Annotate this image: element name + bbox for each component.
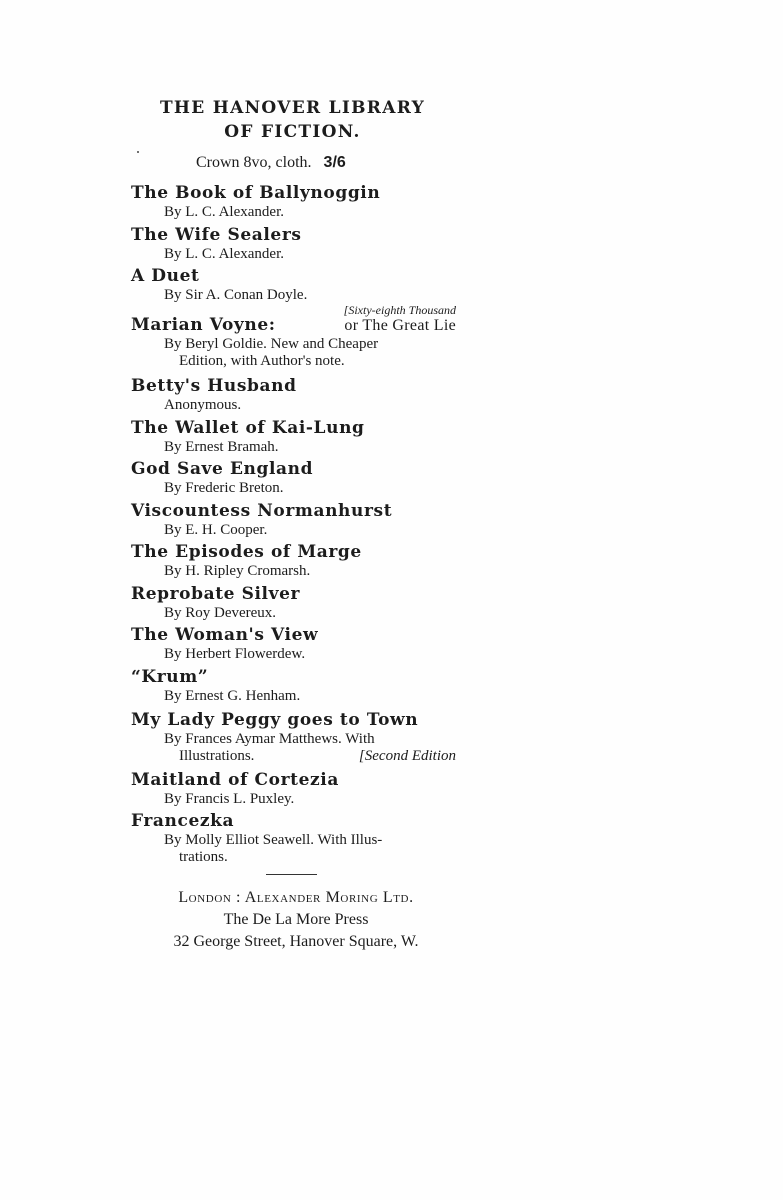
book-author: By Molly Elliot Seawell. With Illus- xyxy=(131,832,461,849)
book-title: My Lady Peggy goes to Town xyxy=(131,710,461,731)
format-price-line: Crown 8vo, cloth.3/6 xyxy=(196,152,346,174)
book-entry: A Duet By Sir A. Conan Doyle. [Sixty-eig… xyxy=(131,266,461,316)
book-entry: “Krum” By Ernest G. Henham. xyxy=(131,667,461,705)
book-entry: Viscountess Normanhurst By E. H. Cooper. xyxy=(131,501,461,539)
publisher-line: London : Alexander Moring Ltd. xyxy=(130,887,462,909)
book-title: The Wallet of Kai-Lung xyxy=(131,418,461,439)
book-entry: My Lady Peggy goes to Town By Frances Ay… xyxy=(131,710,461,765)
ink-speck xyxy=(137,151,139,153)
book-subtitle: or The Great Lie xyxy=(344,315,456,336)
book-title-row: Marian Voyne: or The Great Lie xyxy=(131,315,456,336)
book-entry: The Episodes of Marge By H. Ripley Croma… xyxy=(131,542,461,580)
book-author: Anonymous. xyxy=(131,397,461,414)
book-title: The Episodes of Marge xyxy=(131,542,461,563)
book-title: Francezka xyxy=(131,811,461,832)
book-entry: Betty's Husband Anonymous. xyxy=(131,376,461,414)
book-title: Betty's Husband xyxy=(131,376,461,397)
page-title-line-1: THE HANOVER LIBRARY xyxy=(130,96,455,120)
book-author: By Roy Devereux. xyxy=(131,605,461,622)
book-entry: Marian Voyne: or The Great Lie By Beryl … xyxy=(131,315,461,370)
price-text: 3/6 xyxy=(324,154,346,171)
book-title: God Save England xyxy=(131,459,461,480)
book-author: By Francis L. Puxley. xyxy=(131,791,461,808)
book-author-cont: Edition, with Author's note. xyxy=(131,353,461,370)
book-title: Reprobate Silver xyxy=(131,584,461,605)
book-author: By Sir A. Conan Doyle. xyxy=(131,287,461,304)
book-author-cont-row: Illustrations. [Second Edition xyxy=(131,748,456,765)
book-author: By Frances Aymar Matthews. With xyxy=(131,731,461,748)
book-entry: The Wallet of Kai-Lung By Ernest Bramah. xyxy=(131,418,461,456)
book-entry: The Book of Ballynoggin By L. C. Alexand… xyxy=(131,183,461,221)
book-author: By Ernest G. Henham. xyxy=(131,688,461,705)
book-entry: Maitland of Cortezia By Francis L. Puxle… xyxy=(131,770,461,808)
format-text: Crown 8vo, cloth. xyxy=(196,154,312,171)
book-author-cont: Illustrations. xyxy=(179,748,254,765)
book-author-cont: trations. xyxy=(131,849,461,866)
book-title: Maitland of Cortezia xyxy=(131,770,461,791)
book-entry: Reprobate Silver By Roy Devereux. xyxy=(131,584,461,622)
book-list-page: THE HANOVER LIBRARY OF FICTION. Crown 8v… xyxy=(0,0,783,1200)
address-line: 32 George Street, Hanover Square, W. xyxy=(130,931,462,953)
book-entry: The Woman's View By Herbert Flowerdew. xyxy=(131,625,461,663)
book-title: The Wife Sealers xyxy=(131,225,461,246)
book-author: By L. C. Alexander. xyxy=(131,204,461,221)
book-title: The Book of Ballynoggin xyxy=(131,183,461,204)
edition-note: [Second Edition xyxy=(359,748,456,765)
book-title: “Krum” xyxy=(131,667,461,688)
book-title: A Duet xyxy=(131,266,461,287)
book-title: The Woman's View xyxy=(131,625,461,646)
page-title-line-2: OF FICTION. xyxy=(130,120,455,144)
book-author: By Ernest Bramah. xyxy=(131,439,461,456)
book-author: By Beryl Goldie. New and Cheaper xyxy=(131,336,461,353)
book-author: By Herbert Flowerdew. xyxy=(131,646,461,663)
book-title: Viscountess Normanhurst xyxy=(131,501,461,522)
book-entry: God Save England By Frederic Breton. xyxy=(131,459,461,497)
book-author: By H. Ripley Cromarsh. xyxy=(131,563,461,580)
book-title: Marian Voyne: xyxy=(131,315,276,336)
divider-rule xyxy=(266,874,317,875)
book-author: By Frederic Breton. xyxy=(131,480,461,497)
book-entry: Francezka By Molly Elliot Seawell. With … xyxy=(131,811,461,866)
book-entry: The Wife Sealers By L. C. Alexander. xyxy=(131,225,461,263)
book-author: By L. C. Alexander. xyxy=(131,246,461,263)
press-line: The De La More Press xyxy=(130,909,462,931)
book-author: By E. H. Cooper. xyxy=(131,522,461,539)
